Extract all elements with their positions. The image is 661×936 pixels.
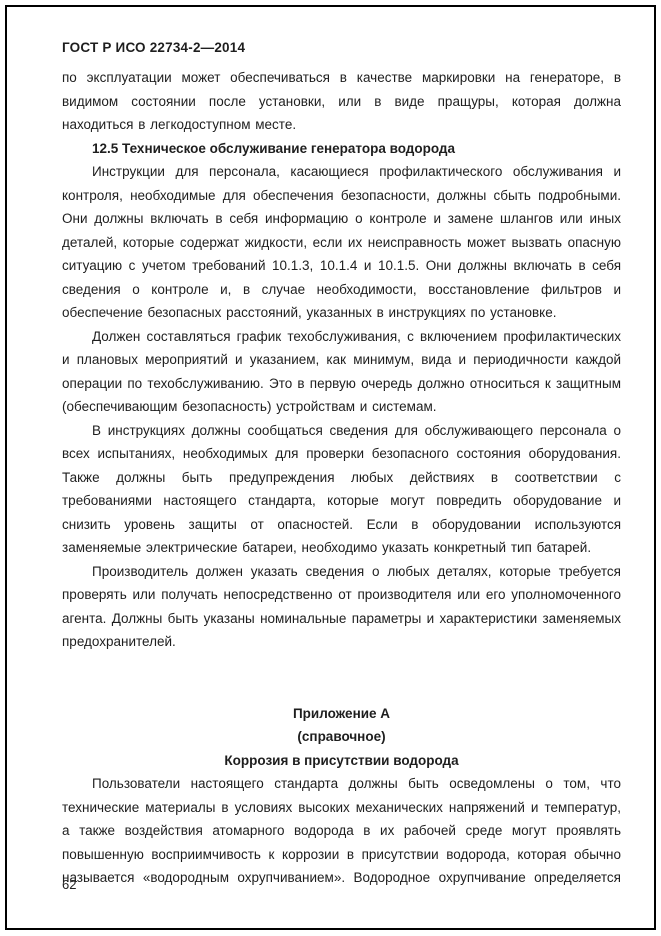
appendix-title: Приложение А <box>62 702 621 726</box>
paragraph-hydrogen-embrittlement: Пользователи настоящего стандарта должны… <box>62 772 621 890</box>
paragraph-manufacturer-parts: Производитель должен указать сведения о … <box>62 560 621 654</box>
paragraph-operation-continuation: по эксплуатации может обеспечиваться в к… <box>62 66 621 137</box>
page-content: ГОСТ Р ИСО 22734-2—2014 по эксплуатации … <box>62 40 621 890</box>
document-page: ГОСТ Р ИСО 22734-2—2014 по эксплуатации … <box>0 0 661 936</box>
document-header-title: ГОСТ Р ИСО 22734-2—2014 <box>62 40 621 56</box>
appendix-a-section: Приложение А (справочное) Коррозия в при… <box>62 702 621 890</box>
paragraph-service-tests: В инструкциях должны сообщаться сведения… <box>62 419 621 560</box>
paragraph-maintenance-schedule: Должен составляться график техобслуживан… <box>62 325 621 419</box>
paragraph-personnel-instructions: Инструкции для персонала, касающиеся про… <box>62 160 621 325</box>
appendix-subtitle: (справочное) <box>62 725 621 749</box>
appendix-heading-corrosion: Коррозия в присутствии водорода <box>62 749 621 773</box>
section-heading-12-5: 12.5 Техническое обслуживание генератора… <box>62 137 621 161</box>
page-number: 62 <box>62 877 76 893</box>
